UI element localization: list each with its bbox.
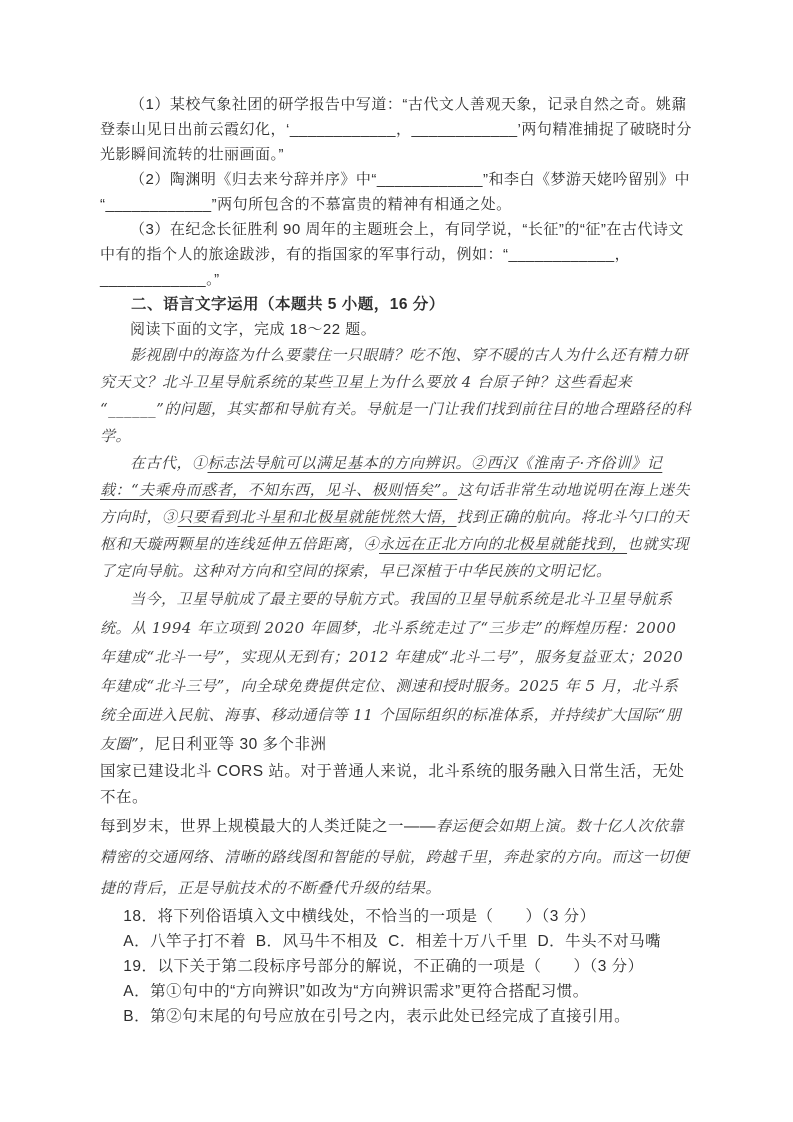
question-18-options: A．八竿子打不着 B．风马牛不相及 C．相差十万八千里 D．牛头不对马嘴 xyxy=(100,929,692,954)
text-segment: 当今，卫星导航成了最主要的导航方式。我国的卫星导航系统是北斗卫星导航系统。从 1… xyxy=(100,590,689,753)
reading-instruction: 阅读下面的文字，完成 18～22 题。 xyxy=(100,317,692,342)
passage-paragraph-3: 当今，卫星导航成了最主要的导航方式。我国的卫星导航系统是北斗卫星导航系统。从 1… xyxy=(100,585,692,759)
passage-paragraph-2: 在古代，①标志法导航可以满足基本的方向辨识。②西汉《淮南子·齐俗训》记载：“夫乘… xyxy=(100,450,692,585)
section-heading: 二、语言文字运用（本题共 5 小题，16 分） xyxy=(100,292,692,317)
passage-paragraph-5: 每到岁末，世界上规模最大的人类迁陡之一——春运便会如期上演。数十亿人次依靠精密的… xyxy=(100,811,692,904)
recitation-item-1: （1）某校气象社团的研学报告中写道：“古代文人善观天象，记录自然之奇。姚鼐登泰山… xyxy=(100,92,692,167)
exam-document-page: （1）某校气象社团的研学报告中写道：“古代文人善观天象，记录自然之奇。姚鼐登泰山… xyxy=(0,0,793,1122)
question-18-stem: 18．将下列俗语填入文中横线处，不恰当的一项是（ ）（3 分） xyxy=(100,904,692,929)
text-segment: 只要看到北斗星和北极星就能恍然大悟， xyxy=(178,508,457,526)
text-segment: 在古代，① xyxy=(130,454,208,472)
text-segment: 尼日利亚等 30 多个非洲 xyxy=(155,736,327,753)
passage-paragraph-4: 国家已建设北斗 CORS 站。对于普通人来说，北斗系统的服务融入日常生活，无处不… xyxy=(100,759,692,811)
recitation-item-2: （2）陶渊明《归去来兮辞并序》中“____________”和李白《梦游天姥吟留… xyxy=(100,167,692,217)
passage-paragraph-1: 影视剧中的海盗为什么要蒙住一只眼睛？吃不饱、穿不暖的古人为什么还有精力研究天文？… xyxy=(100,342,692,450)
text-segment: 永远在正北方向的北极星就能找到， xyxy=(379,535,627,553)
question-19-option-a: A．第①句中的“方向辨识”如改为“方向辨识需求”更符合搭配习惯。 xyxy=(100,979,692,1004)
question-19-stem: 19．以下关于第二段标序号部分的解说，不正确的一项是（ ）（3 分） xyxy=(100,954,692,979)
recitation-item-3: （3）在纪念长征胜利 90 周年的主题班会上，有同学说，“长征”的“征”在古代诗… xyxy=(100,217,692,292)
question-19-option-b: B．第②句末尾的句号应放在引号之内，表示此处已经完成了直接引用。 xyxy=(100,1004,692,1029)
text-segment: 每到岁末，世界上规模最大的人类迁陡之一—— xyxy=(100,818,436,835)
